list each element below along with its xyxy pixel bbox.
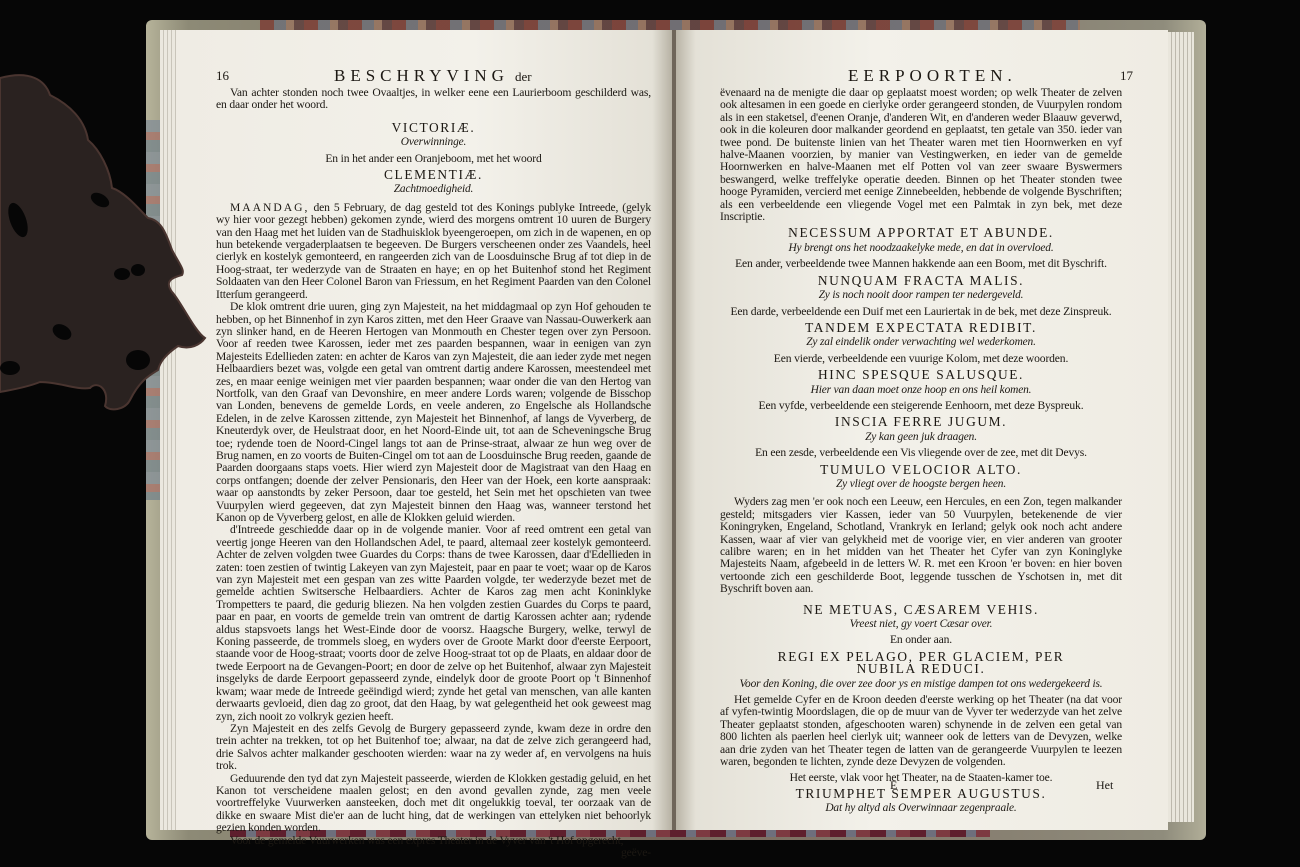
motto-translation: Hy brengt ons het noodzaakelyke mede, en… <box>720 242 1122 254</box>
device-intro: Een ander, verbeeldende twee Mannen hakk… <box>720 258 1122 270</box>
paragraph: Wyders zag men 'er ook noch een Leeuw, e… <box>720 496 1122 595</box>
paragraph-lead: MAANDAG, <box>230 201 309 214</box>
motto-heading: TRIUMPHET SEMPER AUGUSTUS. <box>720 788 1122 800</box>
motto-heading: CLEMENTIÆ. <box>216 169 651 181</box>
left-page-body: Van achter stonden noch twee Ovaaltjes, … <box>216 87 651 859</box>
motto-translation: Hier van daan moet onze hoop en ons heil… <box>720 384 1122 396</box>
page-number: 17 <box>1120 68 1133 84</box>
motto-heading: VICTORIÆ. <box>216 122 651 134</box>
device-intro: En een zesde, verbeeldende een Vis vlieg… <box>720 447 1122 459</box>
paragraph: Voor de gemelde Vuurwerken was een expre… <box>216 835 651 847</box>
right-page: EERPOORTEN. 17 ëvenaard na de menigte di… <box>676 30 1168 830</box>
motto-translation: Overwinninge. <box>216 136 651 148</box>
device-intro: Een vyfde, verbeeldende een steigerende … <box>720 400 1122 412</box>
motto-translation: Vreest niet, gy voert Cæsar over. <box>720 618 1122 630</box>
motto-heading: REGI EX PELAGO, PER GLACIEM, PER NUBILA … <box>720 651 1122 676</box>
paragraph: Het gemelde Cyfer en de Kroon deeden d'e… <box>720 694 1122 768</box>
motto-heading: TUMULO VELOCIOR ALTO. <box>720 464 1122 476</box>
motto-translation: Dat hy altyd als Overwinnaar zegenpraale… <box>720 802 1122 814</box>
device-intro: Een darde, verbeeldende een Duif met een… <box>720 306 1122 318</box>
motto-heading: NECESSUM APPORTAT ET ABUNDE. <box>720 227 1122 239</box>
paragraph: De klok omtrent drie uuren, ging zyn Maj… <box>216 301 651 524</box>
paragraph: d'Intreede geschiedde daar op in de volg… <box>216 524 651 723</box>
motto-heading: NE METUAS, CÆSAREM VEHIS. <box>720 604 1122 616</box>
catchword: Het <box>1096 778 1113 793</box>
motto-heading: HINC SPESQUE SALUSQUE. <box>720 369 1122 381</box>
left-page: 16 BESCHRYVINGder Van achter stonden noc… <box>176 30 672 830</box>
page-number: 16 <box>216 68 229 84</box>
motto-translation: Voor den Koning, die over zee door ys en… <box>720 678 1122 690</box>
device-intro: Een vierde, verbeeldende een vuurige Kol… <box>720 353 1122 365</box>
paragraph-text: den 5 February, de dag gesteld tot des K… <box>216 201 651 301</box>
device-intro: Het eerste, vlak voor het Theater, na de… <box>720 772 1122 784</box>
running-head-suffix: der <box>515 69 532 84</box>
metal-ornament-weight-icon <box>0 70 210 420</box>
paragraph: En in het ander een Oranjeboom, met het … <box>216 153 651 165</box>
motto-heading: INSCIA FERRE JUGUM. <box>720 416 1122 428</box>
motto-translation: Zy is noch nooit door rampen ter nederge… <box>720 289 1122 301</box>
paragraph: MAANDAG, den 5 February, de dag gesteld … <box>216 202 651 301</box>
running-head-title: BESCHRYVING <box>334 66 509 85</box>
running-head: BESCHRYVINGder <box>334 66 532 86</box>
device-intro: En onder aan. <box>720 634 1122 646</box>
signature-mark: E <box>890 778 897 793</box>
paragraph: Zyn Majesteit en des zelfs Gevolg de Bur… <box>216 723 651 773</box>
right-page-body: ëvenaard na de menigte die daar op gepla… <box>720 87 1122 819</box>
motto-translation: Zachtmoedigheid. <box>216 183 651 195</box>
catchword: geëve- <box>216 847 651 859</box>
motto-heading: TANDEM EXPECTATA REDIBIT. <box>720 322 1122 334</box>
paragraph: ëvenaard na de menigte die daar op gepla… <box>720 87 1122 223</box>
paragraph: Van achter stonden noch twee Ovaaltjes, … <box>216 87 651 112</box>
motto-heading: NUNQUAM FRACTA MALIS. <box>720 275 1122 287</box>
running-head: EERPOORTEN. <box>848 66 1017 86</box>
paragraph: Geduurende den tyd dat zyn Majesteit pas… <box>216 773 651 835</box>
motto-translation: Zy zal eindelik onder verwachting wel we… <box>720 336 1122 348</box>
marbled-cover-edge-top <box>260 20 1080 30</box>
motto-translation: Zy kan geen juk draagen. <box>720 431 1122 443</box>
motto-translation: Zy vliegt over de hoogste bergen heen. <box>720 478 1122 490</box>
